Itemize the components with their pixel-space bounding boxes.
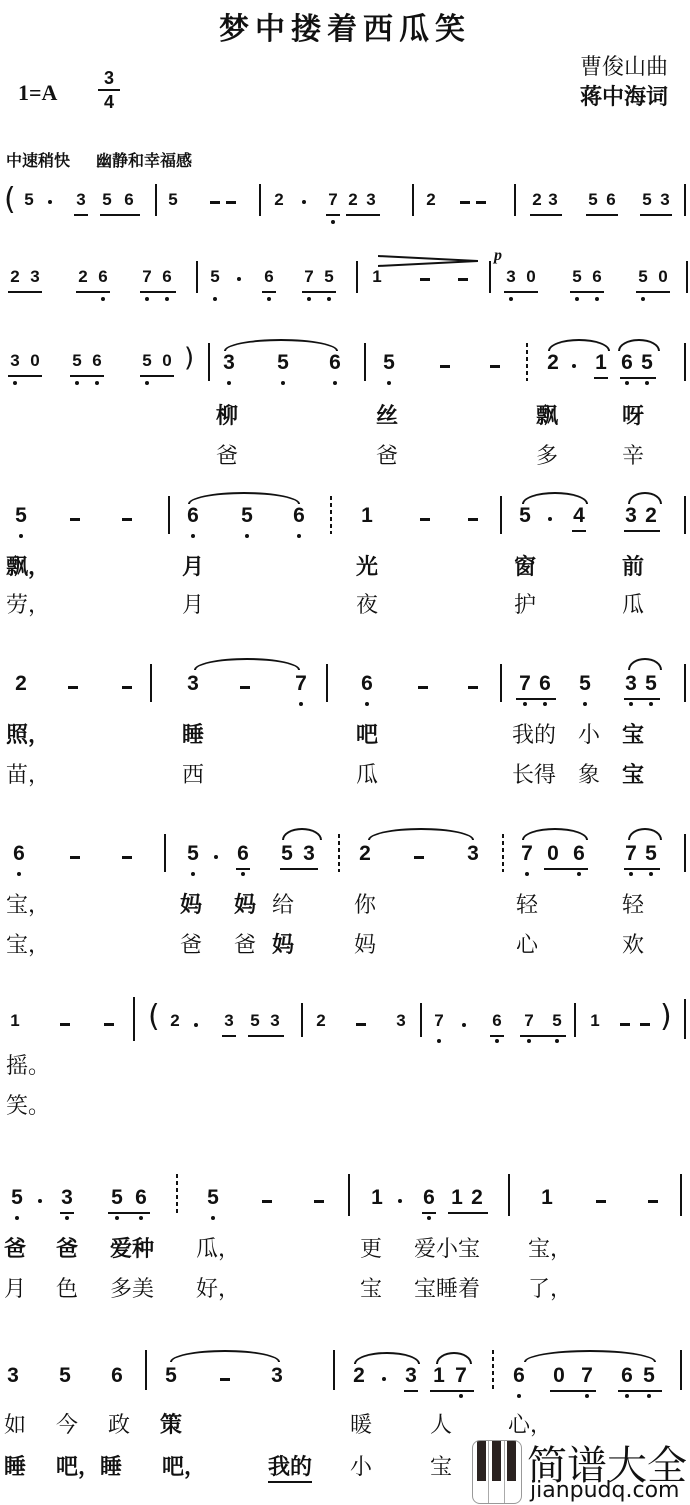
note: 1 [588,1011,602,1031]
lyric: 心 [516,928,538,959]
dash [648,1200,658,1203]
augmentation-dot [382,1377,386,1381]
note: 1 [432,1364,446,1388]
note: 1 [370,1186,384,1210]
barline [492,1350,494,1390]
barline [514,184,516,216]
barline [684,999,686,1039]
note: 5 [166,190,180,210]
slur [524,1350,656,1362]
lyric: 如 [4,1408,26,1439]
barline [684,834,686,872]
lyric: 色 [56,1272,78,1303]
note: 1 [8,1011,22,1031]
song-title: 梦中搂着西瓜笑 [0,4,690,48]
lyric: 我的 [512,718,556,749]
score-line-3: 3 0 5 6 5 0 ) 3 5 6 5 2 1 6 5 柳 丝 飘 呀 爸 … [0,335,690,475]
note: 3 [28,267,42,287]
dash [68,686,78,689]
barline [168,496,170,534]
note: 1 [450,1186,464,1210]
note: 2 [470,1186,484,1210]
lyric: 光 [356,550,378,581]
note: 3 [394,1011,408,1031]
barline [420,1003,422,1037]
note: 0 [160,351,174,371]
lyric: 西 [182,758,204,789]
underline [262,291,276,293]
barline [508,1174,510,1216]
barline [680,1174,682,1216]
lyric: 妈 [180,888,202,919]
lyricist-credit: 蒋中海词 [580,80,668,111]
augmentation-dot [548,517,552,521]
note: 5 [644,842,658,866]
barline [176,1174,178,1216]
underline [8,375,42,377]
note: 6 [490,1011,504,1031]
note: 1 [370,267,384,287]
note: 3 [658,190,672,210]
note: 2 [358,842,372,866]
augmentation-dot [237,277,241,281]
note: 6 [96,267,110,287]
barline [356,261,358,293]
lyric: 轻 [516,888,538,919]
underline [550,1390,596,1392]
barline [364,343,366,381]
underline [586,214,618,216]
underline [100,214,140,216]
note: 5 [110,1186,124,1210]
note: 5 [208,267,222,287]
note: 3 [268,1011,282,1031]
note: 6 [134,1186,148,1210]
note: 7 [518,672,532,696]
lyric: 暖 [350,1408,372,1439]
composer-credit: 曹俊山曲 [580,50,668,81]
note: 5 [206,1186,220,1210]
note: 5 [100,190,114,210]
note: 6 [186,504,200,528]
lyric: 呀 [622,399,644,430]
lyric: 丝 [376,399,398,430]
note: 6 [572,842,586,866]
lyric: 轻 [622,888,644,919]
barline [208,343,210,381]
underline [346,214,380,216]
dash [122,518,132,521]
note: 7 [294,672,308,696]
dash [210,201,220,204]
lyric: 给 [272,888,294,919]
note: 2 [314,1011,328,1031]
decrescendo-hairpin [378,255,478,267]
note: 2 [546,351,560,375]
dash [468,686,478,689]
note: 1 [594,351,608,375]
note: 2 [424,190,438,210]
barline [574,1003,576,1037]
note: 3 [60,1186,74,1210]
lyric: 好， [196,1272,240,1303]
dash [418,686,428,689]
lyric: 爱种 [110,1232,154,1263]
score-line-8: 5 3 5 6 5 1 6 1 2 1 爸 爸 爱种 瓜， 更 爱小宝 宝， 月… [0,1168,690,1308]
underline [404,1390,418,1392]
dash [240,686,250,689]
underline [70,375,104,377]
underline [302,291,336,293]
augmentation-dot [398,1199,402,1203]
dash [104,1023,114,1026]
dash [620,1023,630,1026]
barline [133,997,135,1041]
note: 0 [552,1364,566,1388]
lyric: 笑。 [6,1089,50,1120]
underline [624,868,660,870]
score-line-1: ( 5 3 5 6 5 2 7 2 3 2 2 3 5 6 5 3 [0,180,690,230]
slur [522,492,588,504]
underline [624,530,660,532]
note: 7 [520,842,534,866]
lyric: 月 [182,550,204,581]
lyric: 欢 [622,928,644,959]
lyric: 睡 [182,718,204,749]
score-line-5: 2 3 7 6 7 6 5 3 5 照， 睡 吧 我的 小 宝 苗， 西 瓜 长… [0,648,690,788]
slur [368,828,474,840]
lyric: 宝 [622,718,644,749]
note: 5 [248,1011,262,1031]
time-signature-top: 3 [98,68,120,88]
note: 6 [262,267,276,287]
note: 3 [364,190,378,210]
note: 2 [272,190,286,210]
lyric: 爸 [216,439,238,470]
note: 6 [512,1364,526,1388]
note: 5 [640,190,654,210]
barline [145,1350,147,1390]
barline [684,184,686,216]
lyric: 辛 [622,439,644,470]
lyric: 妈 [234,888,256,919]
note: 0 [656,267,670,287]
underline [636,291,670,293]
note: 5 [14,504,28,528]
time-signature: 3 4 [98,68,120,112]
dash [226,201,236,204]
watermark-url: jianpudq.com [530,1478,679,1503]
note: 2 [14,672,28,696]
note: 6 [292,504,306,528]
lyric: 苗， [6,758,50,789]
lyric: 了， [528,1272,572,1303]
lyric: 瓜 [356,758,378,789]
barline [412,184,414,216]
dash [468,518,478,521]
key-signature: 1=A [18,80,57,106]
slur [354,1352,420,1364]
barline [150,664,152,702]
note: 6 [12,842,26,866]
underline [60,1212,74,1214]
lyric: 小 [578,718,600,749]
note: 3 [504,267,518,287]
score-line-7: 1 ( 2 3 5 3 2 3 7 6 7 5 1 ) 摇。 笑。 [0,995,690,1125]
note: 5 [644,672,658,696]
underline [76,291,110,293]
underline [430,1390,474,1392]
note: 7 [326,190,340,210]
barline [155,184,157,216]
dash [122,686,132,689]
note: 7 [432,1011,446,1031]
underline [620,377,656,379]
lyric: 飘， [6,550,50,581]
dash [122,856,132,859]
barline [500,496,502,534]
underline [640,214,672,216]
score-line-2: p 2 3 2 6 7 6 5 6 7 5 1 3 0 5 6 5 0 [0,255,690,305]
note: 5 [636,267,650,287]
lyric: 今 [56,1408,78,1439]
underline [520,1035,566,1037]
underline [516,698,556,700]
barline [686,261,688,293]
lyric: 月 [4,1272,26,1303]
slur [436,1352,472,1364]
note: 5 [140,351,154,371]
lyric: 妈 [354,928,376,959]
note: 2 [8,267,22,287]
dash [420,518,430,521]
lyric: 宝 [430,1450,452,1481]
underline [504,291,538,293]
lyric: 爸 [234,928,256,959]
lyric: 爱小宝 [414,1232,480,1263]
note: 1 [360,504,374,528]
close-paren: ) [184,343,194,373]
lyric: 护 [514,588,536,619]
lyric: 爸 [376,439,398,470]
note: 5 [586,190,600,210]
note: 3 [270,1364,284,1388]
lyric: 吧， [162,1450,206,1481]
note: 2 [76,267,90,287]
tempo-marking: 中速稍快幽静和幸福感 [6,148,192,171]
tempo-text: 中速稍快 [6,151,70,170]
watermark-logo: 简谱大全 jianpudq.com [472,1440,690,1505]
note: 6 [122,190,136,210]
augmentation-dot [48,200,52,204]
note: 3 [624,672,638,696]
slur [548,339,610,351]
slur [628,492,662,504]
note: 3 [546,190,560,210]
lyric: 妈 [272,928,294,959]
barline [684,664,686,702]
note: 5 [550,1011,564,1031]
lyric: 前 [622,550,644,581]
barline [259,184,261,216]
lyric: 长得 [512,758,556,789]
lyric: 策 [160,1408,182,1439]
lyric: 宝， [6,888,50,919]
note: 5 [276,351,290,375]
lyric: 多 [536,439,558,470]
note: 5 [280,842,294,866]
lyric: 飘 [536,399,558,430]
underline [280,868,318,870]
barline [348,1174,350,1216]
barline [301,1003,303,1037]
barline [326,664,328,702]
augmentation-dot [38,1199,42,1203]
note: 5 [186,842,200,866]
lyric: 吧，睡 [56,1450,122,1481]
barline [196,261,198,293]
slur [628,658,662,670]
note: 5 [570,267,584,287]
dash [414,856,424,859]
note: 2 [644,504,658,528]
dash [314,1200,324,1203]
lyric: 瓜， [196,1232,240,1263]
time-signature-bottom: 4 [98,92,120,112]
note: 5 [22,190,36,210]
note: 7 [522,1011,536,1031]
slur [224,339,338,351]
underline [140,375,174,377]
lyric: 多美 [110,1272,154,1303]
lyric: 窗 [514,550,536,581]
underline [222,1035,236,1037]
note: 7 [580,1364,594,1388]
underline [570,291,604,293]
lyric: 宝， [528,1232,572,1263]
note: 5 [70,351,84,371]
barline [164,834,166,872]
note: 3 [466,842,480,866]
dash [420,278,430,281]
slur [522,828,588,840]
lyric-underlined: 我的 [268,1450,312,1483]
barline [526,343,528,381]
note: 3 [222,1011,236,1031]
dash [70,518,80,521]
barline [502,834,504,872]
close-paren: ) [660,999,672,1034]
note: 5 [382,351,396,375]
lyric: 夜 [356,588,378,619]
lyric: 宝 [622,758,644,789]
lyric: 吧 [356,718,378,749]
lyric: 睡 [4,1450,26,1481]
underline [8,291,42,293]
dash [440,365,450,368]
note: 3 [8,351,22,371]
underline [422,1212,436,1214]
open-paren: ( [148,999,160,1034]
dash [596,1200,606,1203]
augmentation-dot [214,855,218,859]
lyric: 柳 [216,399,238,430]
dash [640,1023,650,1026]
note: 7 [302,267,316,287]
lyric: 月 [182,588,204,619]
note: 5 [58,1364,72,1388]
note: 6 [604,190,618,210]
augmentation-dot [572,364,576,368]
note: 7 [454,1364,468,1388]
note: 7 [624,842,638,866]
slur [618,339,660,351]
open-paren: ( [4,182,16,217]
note: 2 [346,190,360,210]
note: 3 [186,672,200,696]
note: 0 [546,842,560,866]
dash [262,1200,272,1203]
lyric: 象 [578,758,600,789]
note: 2 [168,1011,182,1031]
underline [448,1212,488,1214]
slur [628,828,662,840]
note: 6 [328,351,342,375]
underline [618,1390,662,1392]
note: 2 [530,190,544,210]
slur [194,658,300,670]
note: 5 [322,267,336,287]
expression-text: 幽静和幸福感 [96,151,192,170]
underline [108,1212,150,1214]
dash [70,856,80,859]
lyric: 宝 [360,1272,382,1303]
lyric: 更 [360,1232,382,1263]
note: 7 [140,267,154,287]
dash [476,201,486,204]
underline [530,214,562,216]
underline [248,1035,284,1037]
note: 3 [74,190,88,210]
note: 5 [10,1186,24,1210]
piano-keys-icon [472,1440,522,1504]
note: 6 [620,351,634,375]
augmentation-dot [302,200,306,204]
score-line-4: 5 6 5 6 1 5 4 3 2 飘， 月 光 窗 前 劳， 月 夜 护 瓜 [0,488,690,628]
note: 0 [524,267,538,287]
dynamic-piano: p [494,247,502,265]
note: 3 [302,842,316,866]
dash [220,1378,230,1381]
underline [326,214,340,216]
lyric: 政 [108,1408,130,1439]
note: 3 [222,351,236,375]
underline [490,1035,504,1037]
note: 5 [240,504,254,528]
note: 5 [642,1364,656,1388]
note: 5 [640,351,654,375]
barline [500,664,502,702]
underline [572,530,586,532]
lyric: 人 [430,1408,452,1439]
note: 0 [28,351,42,371]
underline [624,698,660,700]
dash [356,1023,366,1026]
note: 6 [90,351,104,371]
augmentation-dot [194,1023,198,1027]
note: 6 [160,267,174,287]
augmentation-dot [462,1023,466,1027]
